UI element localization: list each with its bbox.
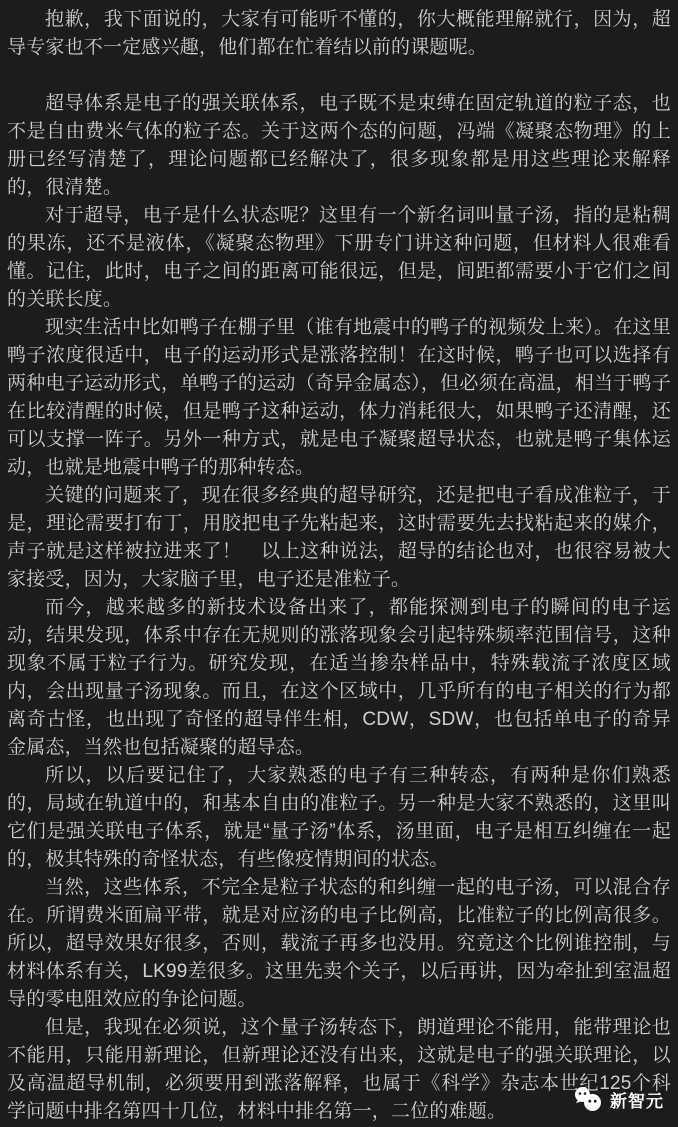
paragraph: 超导体系是电子的强关联体系，电子既不是束缚在固定轨道的粒子态，也不是自由费米气体… <box>7 90 671 202</box>
paragraph: 而今，越来越多的新技术设备出来了，都能探测到电子的瞬间的电子运动，结果发现，体系… <box>7 594 671 762</box>
brand-watermark: 新智元 <box>573 1086 664 1113</box>
aiera-ghost-logo-icon <box>573 1086 603 1113</box>
paragraph: 现实生活中比如鸭子在棚子里（谁有地震中的鸭子的视频发上来）。在这里鸭子浓度很适中… <box>7 314 671 482</box>
paragraph: 所以，以后要记住了，大家熟悉的电子有三种转态，有两种是你们熟悉的，局域在轨道中的… <box>7 762 671 874</box>
paragraph: 抱歉，我下面说的，大家有可能听不懂的，你大概能理解就行，因为，超导专家也不一定感… <box>7 6 671 62</box>
paragraph: 对于超导，电子是什么状态呢？这里有一个新名词叫量子汤，指的是粘稠的果冻，还不是液… <box>7 202 671 314</box>
paragraph: 但是，我现在必须说，这个量子汤转态下，朗道理论不能用，能带理论也不能用，只能用新… <box>7 1014 671 1126</box>
article-page: { "theme": { "background": "#1c1c1c", "t… <box>0 0 678 1127</box>
paragraph: 当然，这些体系，不完全是粒子状态的和纠缠一起的电子汤，可以混合存在。所谓费米面扁… <box>7 874 671 1014</box>
paragraph: 关键的问题来了，现在很多经典的超导研究，还是把电子看成准粒子，于是，理论需要打布… <box>7 482 671 594</box>
brand-watermark-label: 新智元 <box>610 1087 664 1112</box>
article-body: 抱歉，我下面说的，大家有可能听不懂的，你大概能理解就行，因为，超导专家也不一定感… <box>0 0 678 1126</box>
